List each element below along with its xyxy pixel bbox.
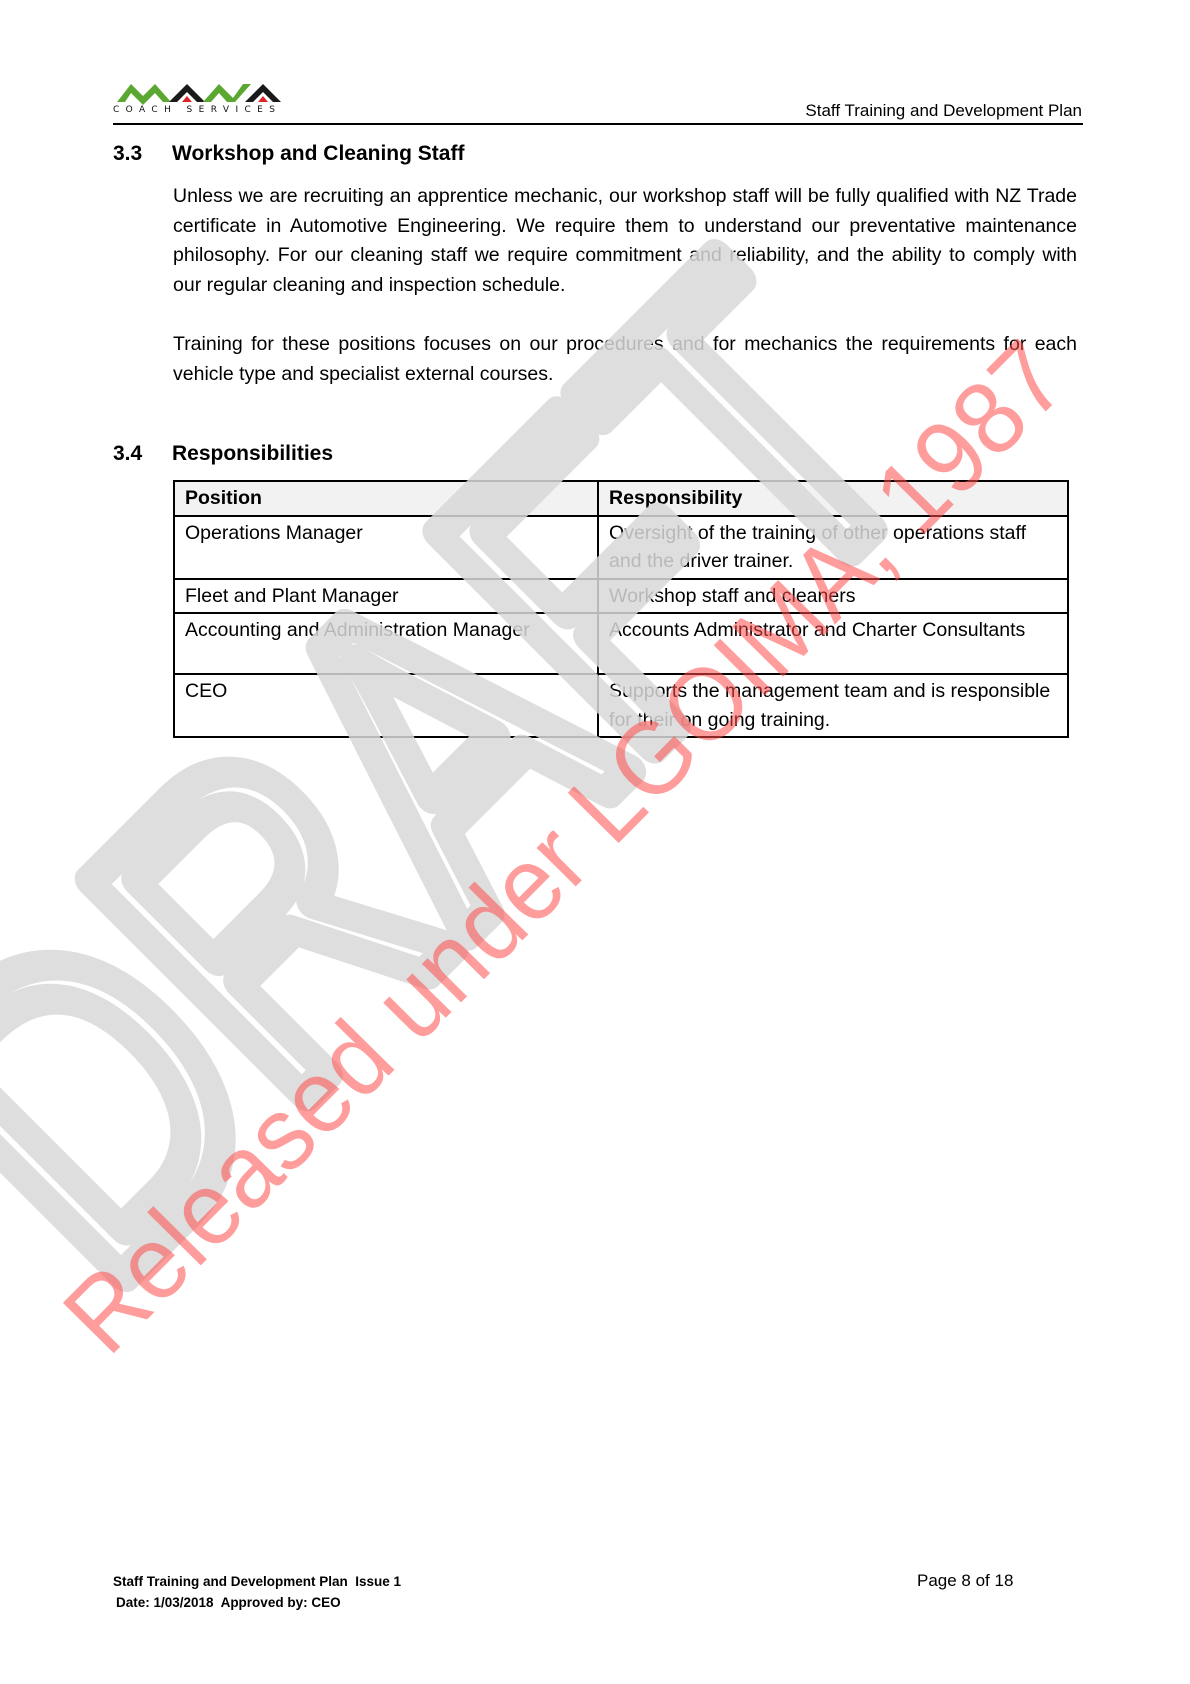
- responsibility-cell: Accounts Administrator and Charter Consu…: [598, 613, 1068, 674]
- table-row: Accounting and Administration Manager Ac…: [174, 613, 1068, 674]
- page-number: Page 8 of 18: [917, 1571, 1013, 1591]
- position-cell: Operations Manager: [174, 516, 598, 579]
- workshop-paragraph-1: Unless we are recruiting an apprentice m…: [173, 182, 1077, 300]
- responsibility-cell: Workshop staff and cleaners: [598, 579, 1068, 614]
- position-cell: CEO: [174, 674, 598, 737]
- position-cell: Accounting and Administration Manager: [174, 613, 598, 674]
- section-number: 3.3: [113, 142, 172, 166]
- logo-green-n: [203, 84, 251, 102]
- logo-subtitle: COACH SERVICES: [113, 105, 281, 115]
- footer-date-approval: Date: 1/03/2018 Approved by: CEO: [116, 1595, 341, 1610]
- header-rule: [113, 123, 1083, 125]
- table-row: CEO Supports the management team and is …: [174, 674, 1068, 737]
- column-header-responsibility: Responsibility: [598, 481, 1068, 516]
- table-row: Fleet and Plant Manager Workshop staff a…: [174, 579, 1068, 614]
- responsibilities-table: Position Responsibility Operations Manag…: [173, 480, 1069, 738]
- document-header-title: Staff Training and Development Plan: [805, 101, 1082, 121]
- responsibility-cell: Supports the management team and is resp…: [598, 674, 1068, 737]
- section-title: Responsibilities: [172, 442, 333, 465]
- section-heading-3-4: 3.4Responsibilities: [113, 442, 333, 466]
- section-number: 3.4: [113, 442, 172, 466]
- column-header-position: Position: [174, 481, 598, 516]
- workshop-paragraph-2: Training for these positions focuses on …: [173, 330, 1077, 389]
- release-watermark: Released under LGOIMA, 1987: [42, 320, 1088, 1375]
- section-title: Workshop and Cleaning Staff: [172, 142, 464, 165]
- section-heading-3-3: 3.3Workshop and Cleaning Staff: [113, 142, 464, 166]
- logo-green-zigzag: [117, 84, 171, 105]
- position-cell: Fleet and Plant Manager: [174, 579, 598, 614]
- footer-document-issue: Staff Training and Development Plan Issu…: [113, 1574, 401, 1589]
- logo-red-triangle-1: [182, 96, 192, 102]
- responsibility-cell: Oversight of the training of other opera…: [598, 516, 1068, 579]
- logo-red-triangle-2: [258, 96, 268, 102]
- table-row: Operations Manager Oversight of the trai…: [174, 516, 1068, 579]
- table-header-row: Position Responsibility: [174, 481, 1068, 516]
